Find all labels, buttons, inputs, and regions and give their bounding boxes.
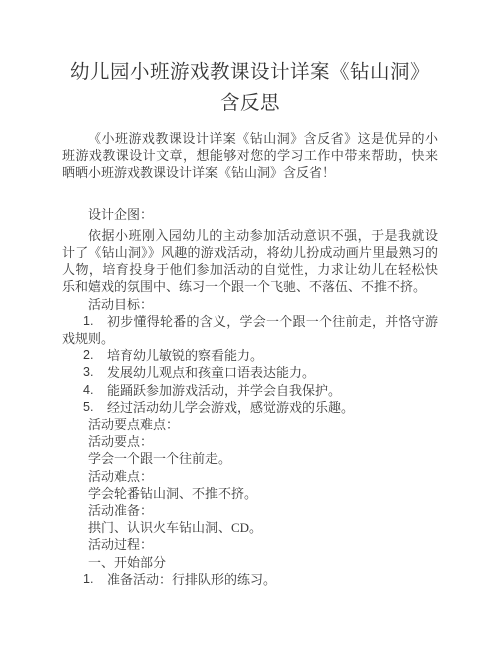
process-item-number: 1. [83,571,93,588]
difficulty-label: 活动难点： [62,468,438,485]
process-item-text: 准备活动：行排队形的练习。 [107,572,276,587]
process-heading: 活动过程： [62,536,438,553]
goal-item: 3.发展幼儿观点和孩童口语表达能力。 [62,364,438,381]
goal-item-text: 经过活动幼儿学会游戏，感觉游戏的乐趣。 [107,400,354,415]
goal-item: 2.培育幼儿敏锐的察看能力。 [62,347,438,364]
document-page: 幼儿园小班游戏教课设计详案《钻山洞》含反思 《小班游戏教课设计详案《钻山洞》含反… [0,0,500,647]
key-point-label: 活动要点： [62,433,438,450]
preparation-text: 拱门、认识火车钻山洞、CD。 [62,519,438,536]
goal-item: 5.经过活动幼儿学会游戏，感觉游戏的乐趣。 [62,399,438,416]
key-point-text: 学会一个跟一个往前走。 [62,450,438,467]
goal-item: 1.初步懂得轮番的含义，学会一个跟一个往前走，并恪守游戏规则。 [62,313,438,347]
goals-heading: 活动目标： [62,296,438,313]
goal-item-text: 培育幼儿敏锐的察看能力。 [107,348,263,363]
goal-item-number: 5. [83,399,93,416]
doc-title: 幼儿园小班游戏教课设计详案《钻山洞》含反思 [62,57,438,119]
preparation-heading: 活动准备： [62,502,438,519]
page-content: 幼儿园小班游戏教课设计详案《钻山洞》含反思 《小班游戏教课设计详案《钻山洞》含反… [0,0,500,588]
goal-item: 4.能踊跃参加游戏活动，并学会自我保护。 [62,382,438,399]
goal-item-text: 能踊跃参加游戏活动，并学会自我保护。 [107,383,341,398]
goal-item-text: 初步懂得轮番的含义，学会一个跟一个往前走，并恪守游戏规则。 [62,314,438,346]
difficulty-text: 学会轮番钻山洞、不推不挤。 [62,485,438,502]
process-item: 1.准备活动：行排队形的练习。 [62,571,438,588]
goal-item-number: 1. [83,313,93,330]
goal-item-number: 4. [83,382,93,399]
goal-item-text: 发展幼儿观点和孩童口语表达能力。 [107,365,315,380]
key-points-heading: 活动要点难点： [62,416,438,433]
intro-paragraph: 《小班游戏教课设计详案《钻山洞》含反省》这是优异的小班游戏教课设计文章，想能够对… [62,130,438,182]
design-intent-heading: 设计企图： [62,206,438,223]
goal-item-number: 2. [83,347,93,364]
process-part-one-label: 一、开始部分 [62,554,438,571]
doc-body: 《小班游戏教课设计详案《钻山洞》含反省》这是优异的小班游戏教课设计文章，想能够对… [62,130,438,588]
goal-item-number: 3. [83,364,93,381]
design-intent-paragraph: 依据小班刚入园幼儿的主动参加活动意识不强，于是我就设计了《钻山洞》》风趣的游戏活… [62,227,438,296]
